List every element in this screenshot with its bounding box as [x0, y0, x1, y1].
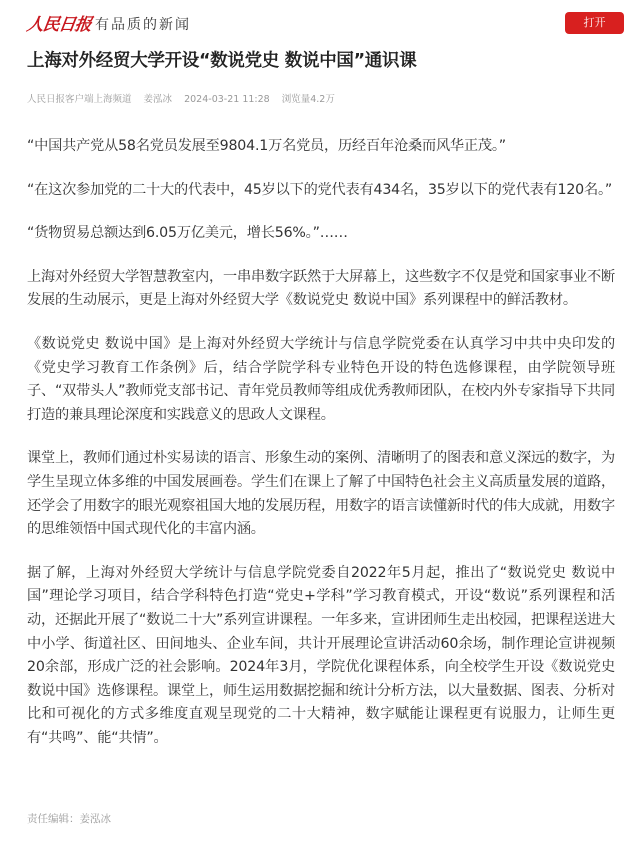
article-meta: 人民日报客户端上海频道 姜泓冰 2024-03-21 11:28 浏览量4.2万 — [27, 91, 344, 105]
top-bar: 人民日报 有品质的新闻 打开 — [0, 0, 639, 44]
people-daily-logo: 人民日报 — [25, 10, 93, 35]
article-source: 人民日报客户端上海频道 — [27, 94, 132, 105]
paragraph: 课堂上，教师们通过朴实易读的语言、形象生动的案例、清晰明了的图表和意义深远的数字… — [27, 447, 615, 541]
article-views: 浏览量4.2万 — [282, 94, 335, 105]
open-app-button[interactable]: 打开 — [565, 12, 624, 34]
paragraph: “中国共产党从58名党员发展至9804.1万名党员，历经百年沧桑而风华正茂。” — [27, 135, 615, 159]
article-datetime: 2024-03-21 11:28 — [184, 94, 270, 105]
responsible-editor: 责任编辑：姜泓冰 — [27, 811, 111, 826]
paragraph: “货物贸易总额达到6.05万亿美元，增长56%。”…… — [27, 222, 615, 246]
paragraph: “在这次参加党的二十大的代表中，45岁以下的党代表有434名，35岁以下的党代表… — [27, 179, 615, 203]
paragraph: 上海对外经贸大学智慧教室内，一串串数字跃然于大屏幕上，这些数字不仅是党和国家事业… — [27, 266, 615, 313]
slogan: 有品质的新闻 — [95, 14, 191, 34]
article-title: 上海对外经贸大学开设“数说党史 数说中国”通识课 — [27, 50, 617, 72]
article-author: 姜泓冰 — [144, 94, 173, 105]
paragraph: 《数说党史 数说中国》是上海对外经贸大学统计与信息学院党委在认真学习中共中央印发… — [27, 333, 615, 427]
article-body: “中国共产党从58名党员发展至9804.1万名党员，历经百年沧桑而风华正茂。” … — [27, 135, 615, 770]
paragraph: 据了解，上海对外经贸大学统计与信息学院党委自2022年5月起，推出了“数说党史 … — [27, 562, 615, 751]
